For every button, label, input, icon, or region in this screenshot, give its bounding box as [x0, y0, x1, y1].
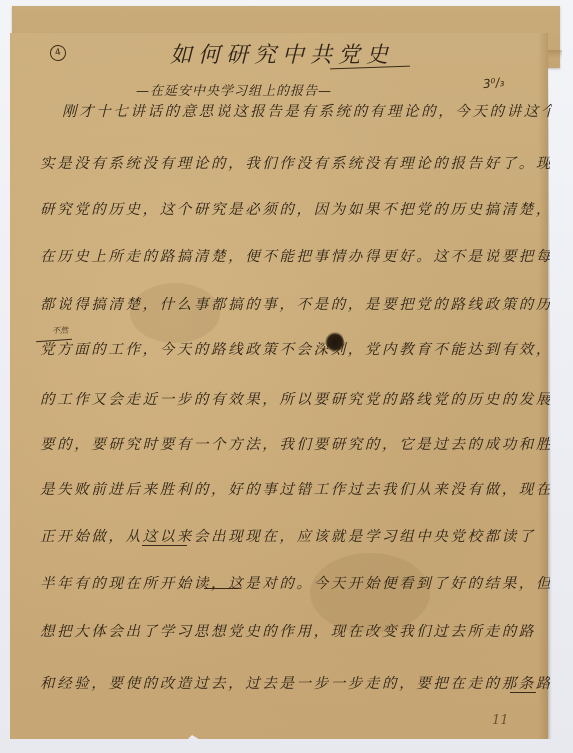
closing-dash	[510, 692, 536, 693]
manuscript-line: 刚才十七讲话的意思说这报告是有系统的有理论的，今天的讲这个报告其	[62, 100, 552, 121]
inserted-annotation: 不然	[52, 325, 68, 336]
handwritten-underline	[204, 588, 239, 589]
manuscript-line: 和经验，要使的改造过去，过去是一步一步走的，要把在走的那条路中的改造—	[40, 672, 550, 693]
manuscript-line: 实是没有系统没有理论的，我们作没有系统没有理论的报告好了。现在	[40, 152, 550, 173]
manuscript-line: 是失败前进后来胜利的，好的事过错工作过去我们从来没有做，现在	[40, 478, 550, 499]
paper-tear	[186, 735, 202, 741]
handwritten-underline	[142, 545, 187, 546]
date-annotation: 3⁰/₃	[482, 75, 505, 91]
manuscript-line: 正开始做，从这以来会出现现在，应该就是学习组中央党校都读了	[40, 525, 550, 546]
footer-pencil-mark: 11	[492, 713, 509, 728]
manuscript-line: 半年有的现在所开始读，这是对的。今天开始便看到了好的结果，但是我们	[40, 572, 550, 593]
manuscript-line: 想把大体会出了学习思想党史的作用，现在改变我们过去所走的路	[40, 620, 550, 641]
manuscript-line: 都说得搞清楚，什么事都搞的事，不是的，是要把党的路线政策的历史发展搞清楚。	[40, 293, 550, 314]
manuscript-line: 要的，要研究时要有一个方法，我们要研究的，它是过去的成功和胜利的，它	[40, 433, 550, 454]
page-title: 如何研究中共党史	[170, 38, 430, 69]
manuscript-line: 研究党的历史，这个研究是必须的，因为如果不把党的历史搞清楚，不把党	[40, 198, 550, 219]
manuscript-line: 党方面的工作，今天的路线政策不会深刻，党内教育不能达到有效，今天	[40, 338, 550, 359]
page-subtitle: —在延安中央学习组上的报告—	[136, 80, 456, 99]
manuscript-line: 在历史上所走的路搞清楚，便不能把事情办得更好。这不是说要把每一件事	[40, 245, 550, 266]
manuscript-line: 的工作又会走近一步的有效果，所以要研究党的路线党的历史的发展过是必	[40, 388, 550, 409]
